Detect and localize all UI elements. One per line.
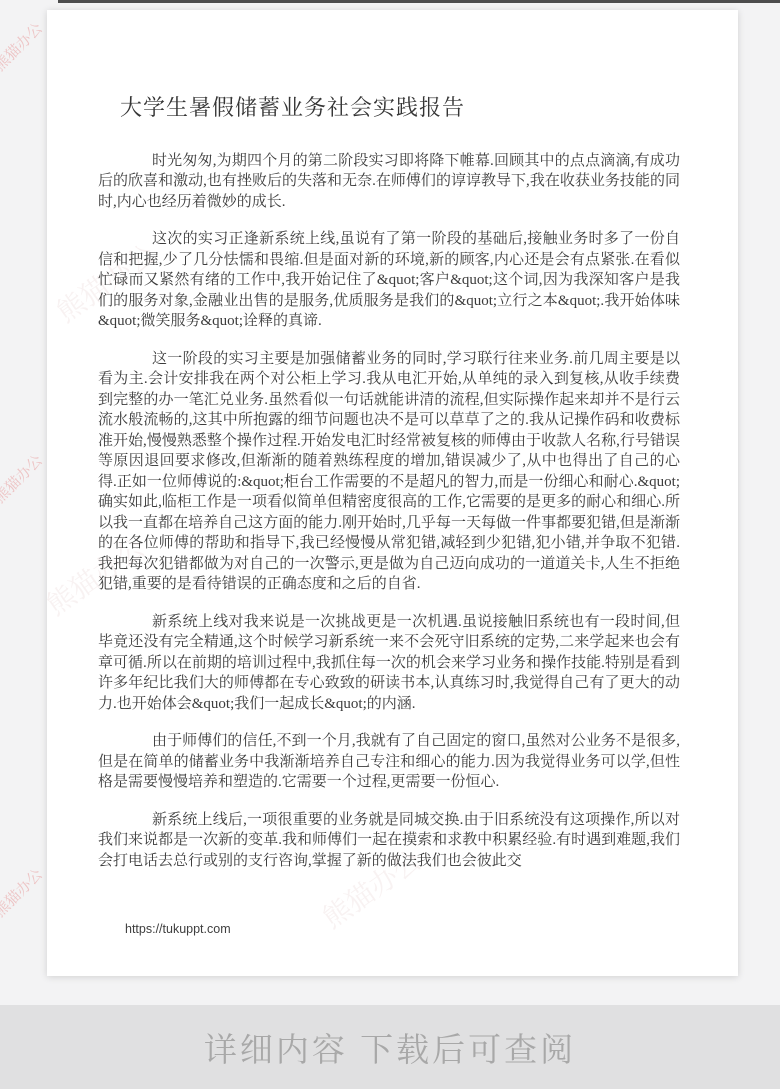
brand-watermark: 熊猫办公 — [0, 18, 47, 75]
document-page: 熊猫办公 熊猫办公 熊猫办公 大学生暑假储蓄业务社会实践报告 时光匆匆,为期四个… — [47, 10, 738, 976]
document-preview-canvas: 熊猫办公 熊猫办公 熊猫办公 熊猫办公 熊猫办公 熊猫办公 大学生暑假储蓄业务社… — [0, 0, 780, 1089]
document-paragraph: 这次的实习正逢新系统上线,虽说有了第一阶段的基础后,接触业务时多了一份自信和把握… — [98, 229, 680, 332]
brand-watermark: 熊猫办公 — [0, 450, 47, 507]
document-title: 大学生暑假储蓄业务社会实践报告 — [120, 94, 680, 123]
document-paragraph: 这一阶段的实习主要是加强储蓄业务的同时,学习联行往来业务.前几周主要是以看为主.… — [98, 349, 680, 595]
document-paragraph: 时光匆匆,为期四个月的第二阶段实习即将降下帷幕.回顾其中的点点滴滴,有成功后的欣… — [98, 151, 680, 213]
document-paragraph: 由于师傅们的信任,不到一个月,我就有了自己固定的窗口,虽然对公业务不是很多,但是… — [98, 731, 680, 793]
download-notice-bar: 详细内容 下载后可查阅 — [0, 1005, 780, 1089]
download-notice-label: 详细内容 下载后可查阅 — [204, 1024, 576, 1071]
brand-watermark: 熊猫办公 — [0, 864, 47, 921]
document-paragraph: 新系统上线后,一项很重要的业务就是同城交换.由于旧系统没有这项操作,所以对我们来… — [98, 810, 680, 872]
page-footer-url: https://tukuppt.com — [125, 922, 231, 936]
top-edge-line — [58, 0, 780, 3]
document-paragraph: 新系统上线对我来说是一次挑战更是一次机遇.虽说接触旧系统也有一段时间,但毕竟还没… — [98, 612, 680, 715]
document-content: 大学生暑假储蓄业务社会实践报告 时光匆匆,为期四个月的第二阶段实习即将降下帷幕.… — [47, 10, 738, 976]
